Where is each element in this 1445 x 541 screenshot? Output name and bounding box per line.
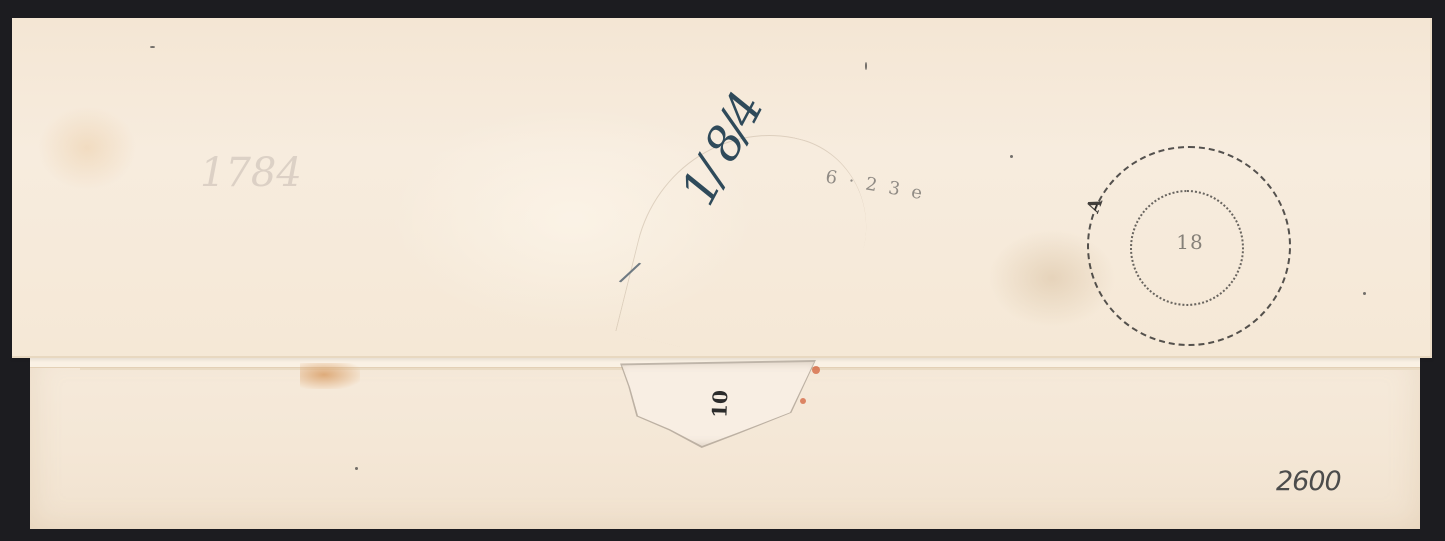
seal-number-marking: 10 [707, 390, 732, 419]
faint-manuscript-number: 1784 [200, 150, 302, 196]
postmark-date-text: 18 [1150, 230, 1230, 254]
rust-stain [300, 363, 360, 389]
wax-red-fleck [812, 366, 820, 374]
ink-speck [355, 467, 358, 470]
ink-speck [1010, 155, 1013, 158]
wax-red-fleck [800, 398, 806, 404]
ink-speck [1363, 292, 1366, 295]
ink-speck [150, 46, 155, 48]
pencil-price-note: 2600 [1276, 466, 1341, 497]
ink-speck [865, 62, 867, 70]
